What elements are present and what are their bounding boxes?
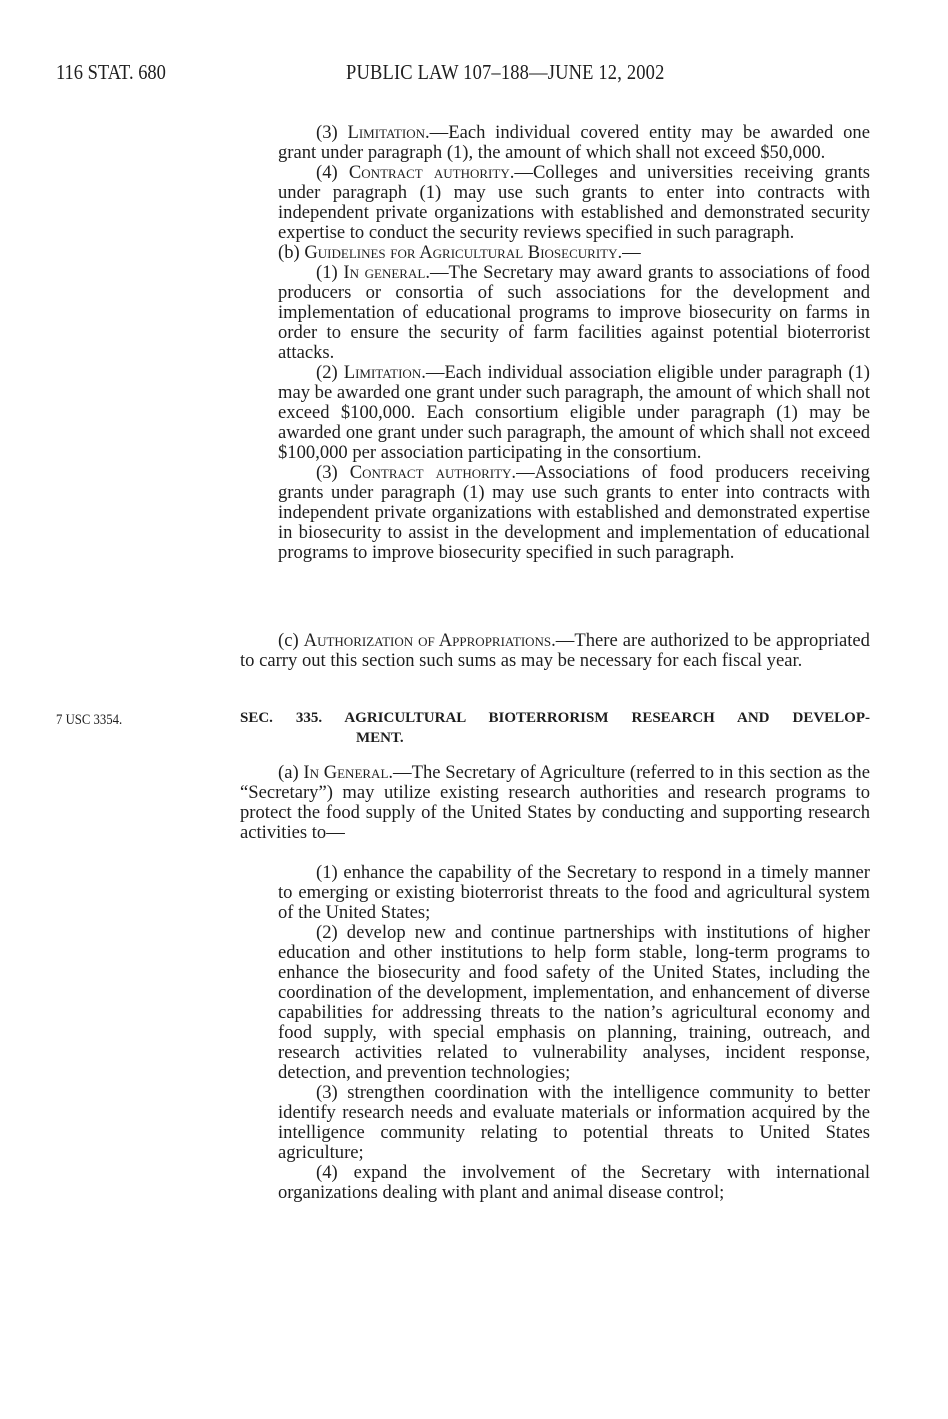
paragraph-heading: Limitation: [344, 362, 421, 383]
usc-margin-note: 7 USC 3354.: [56, 712, 122, 729]
running-title: PUBLIC LAW 107–188—JUNE 12, 2002: [346, 60, 664, 85]
paragraph-b1: (1) In general.—The Secretary may award …: [278, 263, 870, 363]
list-item: (4) expand the involvement of the Secret…: [278, 1163, 870, 1203]
stat-page-number: 116 STAT. 680: [56, 60, 166, 85]
section-title-line2: MENT.: [240, 728, 870, 748]
paragraph-heading: In general: [343, 262, 425, 283]
subsection-b-heading: (b) Guidelines for Agricultural Biosecur…: [278, 243, 870, 263]
paragraph-b3: (3) Contract authority.—Associations of …: [278, 463, 870, 563]
subsection-c-block: (c) Authorization of Appropriations.—The…: [240, 631, 870, 671]
list-item: (3) strengthen coordination with the int…: [278, 1083, 870, 1163]
section-335-items: (1) enhance the capability of the Secret…: [278, 863, 870, 1203]
paragraph-a3: (3) Limitation.—Each individual covered …: [278, 123, 870, 163]
paragraph-heading: Contract authority: [350, 462, 512, 483]
section-335-a-block: (a) In General.—The Secretary of Agricul…: [240, 763, 870, 843]
upper-subsection-block: (3) Limitation.—Each individual covered …: [278, 123, 870, 563]
section-title-line1: SEC. 335. AGRICULTURAL BIOTERRORISM RESE…: [240, 708, 870, 728]
paragraph-a4: (4) Contract authority.—Colleges and uni…: [278, 163, 870, 243]
paragraph-b2: (2) Limitation.—Each individual associat…: [278, 363, 870, 463]
page-header: 116 STAT. 680 PUBLIC LAW 107–188—JUNE 12…: [56, 60, 896, 90]
paragraph-heading: Contract authority: [349, 162, 510, 183]
list-item: (2) develop new and continue partnership…: [278, 923, 870, 1083]
paragraph-heading: Limitation: [348, 122, 425, 143]
paragraph-heading: Authorization of Appropriations: [304, 630, 552, 651]
list-item: (1) enhance the capability of the Secret…: [278, 863, 870, 923]
paragraph-335-a: (a) In General.—The Secretary of Agricul…: [240, 763, 870, 843]
paragraph-heading: In General: [303, 762, 388, 783]
paragraph-c: (c) Authorization of Appropriations.—The…: [240, 631, 870, 671]
section-title: SEC. 335. AGRICULTURAL BIOTERRORISM RESE…: [240, 708, 870, 748]
